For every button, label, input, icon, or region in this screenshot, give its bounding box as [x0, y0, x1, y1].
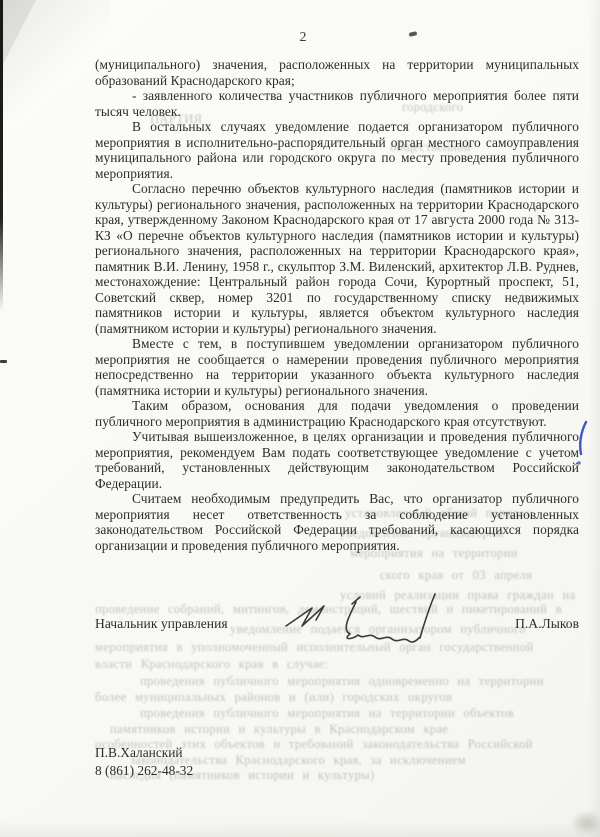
scanned-letter-page: { "page": { "number": "2" }, "document":…	[0, 0, 600, 837]
paragraph: (муниципального) значения, расположенных…	[95, 57, 579, 88]
paragraph: Вместе с тем, в поступившем уведомлении …	[95, 336, 579, 398]
executor-block: П.В.Халанский 8 (861) 262-48-32	[95, 744, 193, 779]
page-number: 2	[0, 30, 600, 46]
paragraph: Таким образом, основания для подачи увед…	[95, 398, 579, 429]
paragraph: Считаем необходимым предупредить Вас, чт…	[95, 491, 579, 553]
scan-edge-shade-bottom	[0, 821, 600, 837]
scan-artifact-dash	[0, 360, 7, 363]
scan-artifact-left-edge	[0, 0, 3, 312]
executor-name: П.В.Халанский	[95, 744, 193, 762]
paragraph: Учитывая вышеизложенное, в целях организ…	[95, 429, 579, 491]
letter-body: (муниципального) значения, расположенных…	[95, 57, 579, 553]
handwritten-signature-icon	[272, 586, 452, 658]
paragraph: - заявленного количества участников публ…	[95, 88, 579, 119]
margin-annotation-mark-icon	[573, 419, 591, 469]
paragraph: В остальных случаях уведомление подается…	[95, 119, 579, 181]
executor-phone: 8 (861) 262-48-32	[95, 762, 193, 780]
paragraph: Согласно перечню объектов культурного на…	[95, 181, 579, 336]
signer-name: П.А.Лыков	[515, 616, 579, 632]
scan-corner-blotch	[570, 810, 600, 836]
signer-title: Начальник управления	[95, 616, 228, 632]
